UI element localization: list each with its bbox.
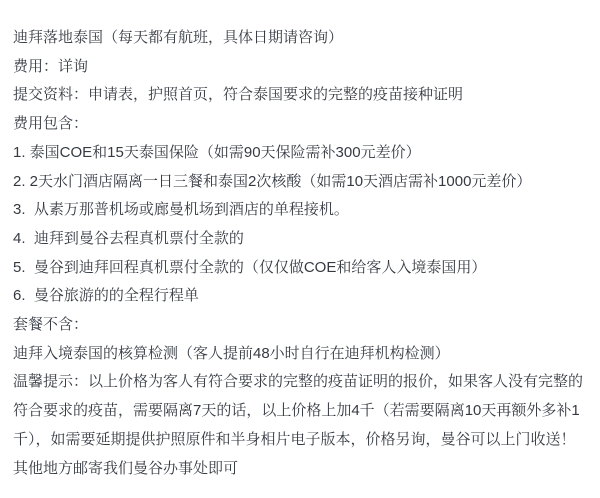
included-item-4: 4. 迪拜到曼谷去程真机票付全款的	[13, 225, 587, 254]
included-item-6: 6. 曼谷旅游的的全程行程单	[13, 282, 587, 311]
materials-line: 提交资料：申请表，护照首页，符合泰国要求的完整的疫苗接种证明	[13, 81, 587, 110]
excluded-header: 套餐不含：	[13, 311, 587, 340]
excluded-item: 迪拜入境泰国的核算检测（客人提前48小时自行在迪拜机构检测）	[13, 340, 587, 369]
fee-line: 费用：详询	[13, 53, 587, 82]
included-item-2: 2. 2天水门酒店隔离一日三餐和泰国2次核酸（如需10天酒店需补1000元差价）	[13, 168, 587, 197]
document-page: 迪拜落地泰国（每天都有航班，具体日期请咨询） 费用：详询 提交资料：申请表，护照…	[0, 0, 600, 498]
included-item-1: 1. 泰国COE和15天泰国保险（如需90天保险需补300元差价）	[13, 139, 587, 168]
intro-line: 迪拜落地泰国（每天都有航班，具体日期请咨询）	[13, 24, 587, 53]
notice-paragraph: 温馨提示：以上价格为客人有符合要求的完整的疫苗证明的报价，如果客人没有完整的符合…	[13, 368, 587, 483]
included-item-5: 5. 曼谷到迪拜回程真机票付全款的（仅仅做COE和给客人入境泰国用）	[13, 254, 587, 283]
included-item-3: 3. 从素万那普机场或廊曼机场到酒店的单程接机。	[13, 196, 587, 225]
included-header: 费用包含：	[13, 110, 587, 139]
